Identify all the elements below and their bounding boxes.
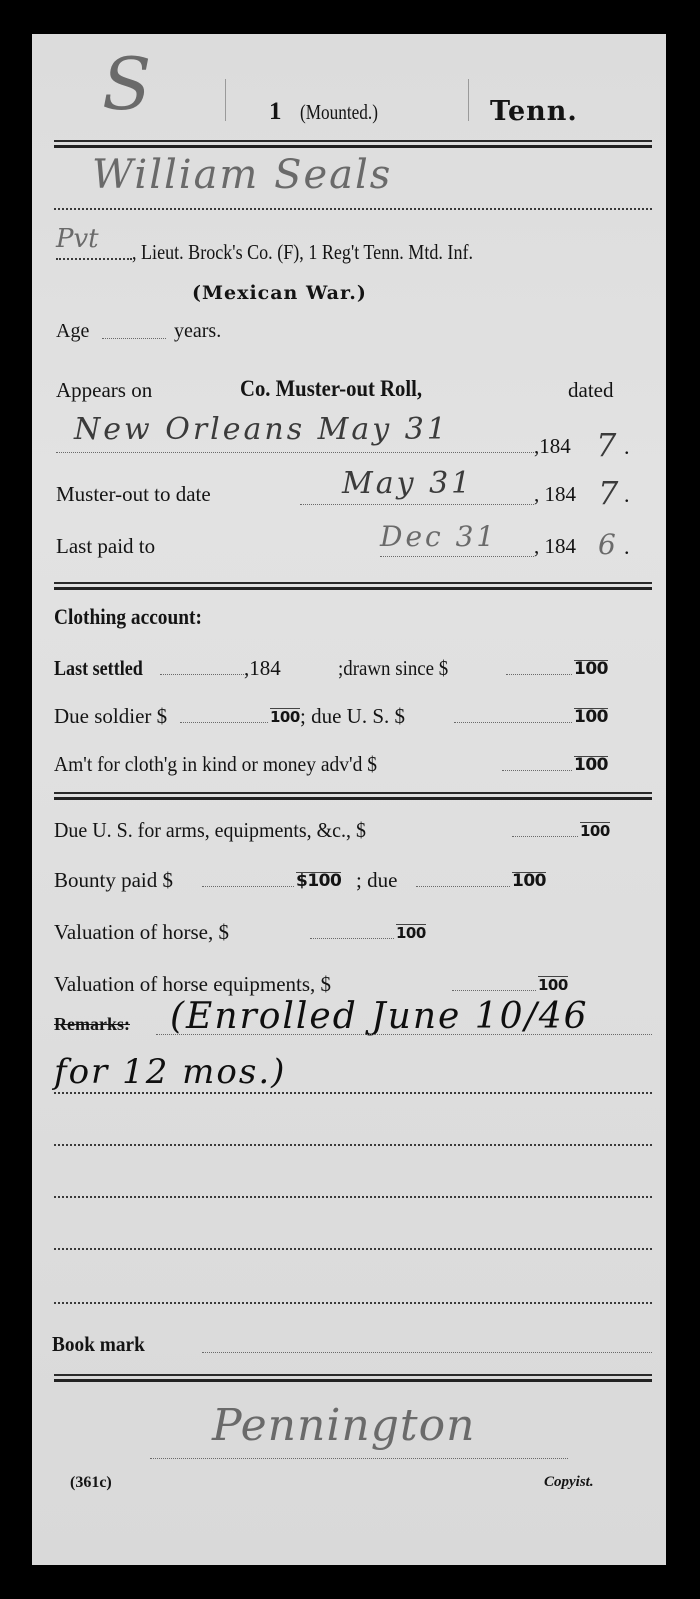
roll-year-period: . (624, 434, 630, 460)
due-soldier-line (180, 722, 268, 723)
roll-location-date: New Orleans May 31 (74, 412, 449, 447)
roll-year-digit: 7 (596, 426, 616, 464)
rank-line (56, 258, 132, 260)
bounty-paid: $100 (296, 872, 341, 889)
last-paid-year-prefix: , 184 (534, 534, 576, 559)
horse-equip-cents: 100 (538, 976, 568, 993)
clothing-heading: Clothing account: (54, 604, 202, 630)
age-line (102, 338, 166, 339)
soldier-name: William Seals (92, 152, 392, 198)
due-soldier-label: Due soldier $ (54, 704, 167, 729)
bounty-paid-line (202, 886, 294, 887)
copyist-signature: Pennington (212, 1400, 475, 1451)
last-settled-line (160, 674, 244, 675)
header-divider-left (225, 79, 226, 121)
due-soldier-cents: 100 (270, 708, 300, 725)
roll-location-line (56, 452, 534, 453)
regiment-number: 1 (269, 98, 282, 126)
book-mark-label: Book mark (52, 1332, 145, 1357)
remarks-rule-3 (54, 1144, 652, 1146)
amt-line (502, 770, 572, 771)
form-number: (361c) (70, 1474, 112, 1492)
signature-line (150, 1458, 568, 1459)
remarks-label: Remarks: (54, 1014, 130, 1035)
name-line (54, 208, 652, 210)
age-label: Age (56, 320, 89, 343)
last-paid-label: Last paid to (56, 534, 155, 559)
muster-out-year-digit: 7 (598, 474, 618, 512)
amt-label: Am't for cloth'g in kind or money adv'd … (54, 752, 377, 777)
muster-out-date: May 31 (342, 466, 473, 501)
drawn-since-label: ;drawn since $ (338, 656, 448, 681)
last-paid-line (380, 556, 534, 557)
due-us-line (454, 722, 572, 723)
remarks-rule-4 (54, 1196, 652, 1198)
remarks-rule-1 (156, 1034, 652, 1035)
drawn-since-cents: 100 (574, 660, 608, 677)
section-rule-2 (54, 792, 652, 794)
remarks-rule-5 (54, 1248, 652, 1250)
horse-equip-line (452, 990, 536, 991)
regiment-type: (Mounted.) (300, 100, 378, 125)
header-rule (54, 140, 652, 142)
dated-label: dated (568, 378, 613, 403)
footer-rule (54, 1374, 652, 1376)
arms-line (512, 836, 578, 837)
arms-cents: 100 (580, 822, 610, 839)
remarks-rule-2 (54, 1092, 652, 1094)
last-paid-date: Dec 31 (380, 520, 497, 553)
initial-mark: S (102, 42, 151, 126)
roll-year-prefix: ,184 (534, 434, 571, 459)
amt-cents: 100 (574, 756, 608, 773)
roll-type: Co. Muster-out Roll, (240, 376, 422, 402)
bounty-due-cents: 100 (512, 872, 546, 889)
rank: Pvt (56, 224, 99, 254)
muster-out-label: Muster-out to date (56, 482, 211, 507)
horse-label: Valuation of horse, $ (54, 920, 229, 945)
muster-out-year-period: . (624, 482, 630, 508)
unit-line: , Lieut. Brock's Co. (F), 1 Reg't Tenn. … (132, 240, 473, 265)
bounty-due-label: ; due (356, 868, 397, 893)
arms-label: Due U. S. for arms, equipments, &c., $ (54, 818, 366, 843)
header-divider-right (468, 79, 469, 121)
last-paid-year-period: . (624, 534, 630, 560)
horse-equip-label: Valuation of horse equipments, $ (54, 972, 331, 997)
bounty-label: Bounty paid $ (54, 868, 173, 893)
last-settled-year: ,184 (244, 656, 281, 681)
horse-cents: 100 (396, 924, 426, 941)
state: Tenn. (490, 96, 578, 127)
age-suffix: years. (174, 320, 221, 343)
book-mark-line (202, 1352, 652, 1353)
section-rule-1 (54, 582, 652, 584)
remarks-line-1: (Enrolled June 10/46 (170, 996, 589, 1037)
drawn-since-line (506, 674, 572, 675)
war: (Mexican War.) (192, 282, 367, 304)
bounty-due-line (416, 886, 510, 887)
muster-out-year-prefix: , 184 (534, 482, 576, 507)
muster-out-line (300, 504, 534, 505)
remarks-rule-6 (54, 1302, 652, 1304)
last-paid-year-digit: 6 (598, 528, 616, 561)
due-us-label: ; due U. S. $ (300, 704, 405, 729)
muster-card: S 1 (Mounted.) Tenn. William Seals Pvt ,… (32, 34, 666, 1565)
appears-on-label: Appears on (56, 378, 152, 403)
copyist-label: Copyist. (544, 1474, 594, 1491)
due-us-cents: 100 (574, 708, 608, 725)
horse-line (310, 938, 394, 939)
remarks-line-2: for 12 mos.) (54, 1052, 286, 1092)
last-settled-label: Last settled (54, 656, 143, 681)
